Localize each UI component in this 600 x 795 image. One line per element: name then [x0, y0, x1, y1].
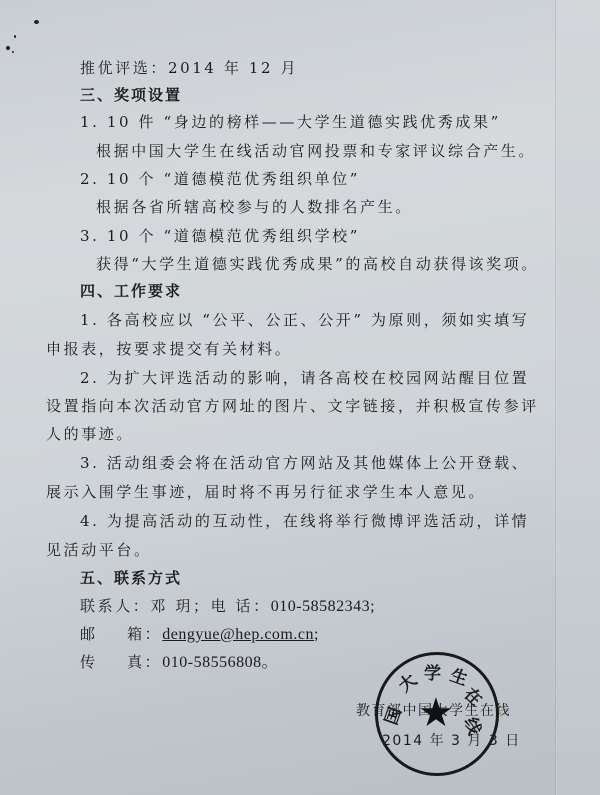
ink-speck [12, 51, 14, 53]
requirement-1-line-2: 申报表，按要求提交有关材料。 [46, 339, 292, 359]
phone-label: ；电 话： [193, 597, 271, 615]
requirement-1-line-1: 1. 各高校应以 “公平、公正、公开” 为原则，须如实填写 [80, 310, 529, 330]
email-row: 邮 箱：dengyue@hep.com.cn; [80, 624, 319, 645]
section-title-awards: 三、奖项设置 [80, 85, 182, 105]
fax-label: 传 真： [80, 653, 162, 671]
paper-fold-line [555, 0, 557, 795]
phone-number: 010-58582343; [271, 598, 375, 615]
seal-char: 大 [392, 666, 421, 696]
ink-speck [34, 20, 39, 24]
requirement-3-line-2: 展示入围学生事迹，届时将不再另行征求学生本人意见。 [46, 482, 486, 502]
award-1-title: 1. 10 件 “身边的榜样——大学生道德实践优秀成果” [80, 112, 501, 132]
email-suffix: ; [314, 626, 319, 643]
fax-number: 010-58556808。 [162, 654, 278, 671]
seal-char: 学 [424, 659, 441, 684]
section-title-contact: 五、联系方式 [80, 568, 182, 588]
fax-row: 传 真：010-58556808。 [80, 652, 278, 673]
contact-person-name: 邓 玥 [150, 597, 193, 615]
selection-time: 推优评选：2014 年 12 月 [80, 58, 298, 78]
ink-speck [6, 46, 10, 50]
requirement-2-line-2: 设置指向本次活动官方网址的图片、文字链接，并积极宣传参评 [46, 396, 539, 416]
contact-person-label: 联系人： [80, 597, 150, 615]
issuing-organization: 教育部中国大学生在线 [356, 700, 511, 720]
requirement-4-line-1: 4. 为提高活动的互动性，在线将举行微博评选活动，详情 [80, 511, 529, 531]
award-2-description: 根据各省所辖高校参与的人数排名产生。 [96, 197, 413, 217]
issue-date: 2014 年 3 月 3 日 [382, 730, 521, 750]
requirement-2-line-3: 人的事迹。 [46, 424, 134, 444]
page-right-strip [557, 0, 600, 795]
email-link[interactable]: dengyue@hep.com.cn [162, 626, 314, 643]
email-label: 邮 箱： [80, 625, 162, 643]
seal-char: 生 [447, 661, 472, 690]
ink-speck [14, 35, 16, 38]
award-3-title: 3. 10 个 “道德模范优秀组织学校” [80, 226, 360, 246]
requirement-3-line-1: 3. 活动组委会将在活动官方网站及其他媒体上公开登载、 [80, 453, 529, 473]
award-1-description: 根据中国大学生在线活动官网投票和专家评议综合产生。 [96, 141, 536, 161]
contact-person-row: 联系人：邓 玥；电 话：010-58582343; [80, 596, 375, 617]
section-title-requirements: 四、工作要求 [80, 281, 182, 301]
award-3-description: 获得“大学生道德实践优秀成果”的高校自动获得该奖项。 [96, 254, 539, 274]
requirement-4-line-2: 见活动平台。 [46, 540, 152, 560]
award-2-title: 2. 10 个 “道德模范优秀组织单位” [80, 169, 360, 189]
requirement-2-line-1: 2. 为扩大评选活动的影响，请各高校在校园网站醒目位置 [80, 368, 529, 388]
